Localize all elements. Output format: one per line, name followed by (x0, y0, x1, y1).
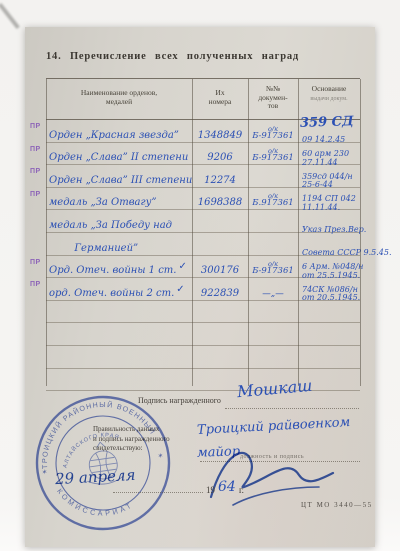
document-number-cell: о/к Б-917361 (249, 261, 297, 276)
pr-stamp-mark: ПР (30, 259, 41, 266)
handwritten-year: 64 (218, 479, 236, 495)
table-row: ПР Орден „Слава” III степени 12274 359сд… (46, 165, 360, 188)
award-name: Орден „Слава” III степени (49, 175, 191, 186)
table-body: ПР Орден „Красная звезда” 1348849 о/к Б-… (46, 120, 360, 391)
signature-line (225, 408, 359, 409)
document-number-cell: о/к Б-917361 (249, 126, 297, 141)
award-name: Орд. Отеч. войны 1 ст.✓ (49, 265, 191, 276)
table-row (46, 301, 360, 324)
award-name: медаль „За Отвагу” (49, 197, 191, 208)
year-suffix: г. (239, 485, 244, 495)
header-basis-subtext: выдачи докум. (298, 95, 360, 103)
document-number-cell: —„— (249, 290, 297, 299)
header-award-name: Наименование орденов, медалей (46, 79, 192, 119)
pr-stamp-mark: ПР (30, 191, 41, 198)
award-name (49, 333, 191, 344)
document-number-cell: о/к Б-917361 (249, 148, 297, 163)
table-row: ПР Орд. Отеч. войны 1 ст.✓ 300176 о/к Б-… (46, 256, 360, 279)
table-header: Наименование орденов, медалей Их номера … (46, 79, 360, 120)
table-row: медаль „За Победу над Указ През.Вер. (46, 210, 360, 233)
document-number-cell: о/к Б.917361 (249, 193, 297, 208)
doc-number: Б-917361 (249, 132, 297, 141)
table-gridline (46, 79, 47, 386)
check-mark-icon: ✓ (176, 284, 184, 295)
award-name: медаль „За Победу над (49, 220, 191, 231)
form-print-code: ЦТ МО 3440—55 (301, 501, 373, 509)
table-gridline (248, 79, 249, 386)
award-name (49, 310, 191, 321)
table-row: ПР медаль „За Отвагу” 1698388 о/к Б.9173… (46, 188, 360, 211)
round-official-stamp: ТРОИЦКИЙ РАЙОННЫЙ ВОЕННЫЙ КОМИССАРИАТ АЛ… (25, 385, 181, 541)
doc-number: Б-917361 (249, 267, 297, 276)
table-gridline (360, 79, 361, 386)
pr-stamp-mark: ПР (30, 281, 41, 288)
awards-table: Наименование орденов, медалей Их номера … (46, 78, 360, 391)
award-number: 9206 (193, 152, 247, 163)
table-row: ПР Орден „Слава” II степени 9206 о/к Б-9… (46, 143, 360, 166)
award-name: Орден „Красная звезда” (49, 130, 191, 141)
stamp-ring-text: ТРОИЦКИЙ РАЙОННЫЙ ВОЕННЫЙ (32, 392, 161, 470)
table-row: Германией” Совета СССР 9.5.45. (46, 233, 360, 256)
award-name (49, 356, 191, 367)
award-name: Германией” (49, 243, 191, 254)
stamp-star-right: ✶ (157, 452, 164, 461)
svg-text:ТРОИЦКИЙ РАЙОННЫЙ ВОЕННЫЙ: ТРОИЦКИЙ РАЙОННЫЙ ВОЕННЫЙ (32, 392, 161, 470)
doc-number: Б.917361 (249, 199, 297, 208)
pr-stamp-mark: ПР (30, 123, 41, 130)
award-number: 922839 (193, 288, 247, 299)
section-title: 14. Перечисление всех полученных наград (46, 51, 299, 62)
award-name: орд. Отеч. войны 2 ст.✓ (49, 288, 191, 299)
pr-stamp-mark: ПР (30, 146, 41, 153)
header-document: №№ докумен- тов (248, 79, 298, 119)
year-printed: 19 (206, 485, 215, 495)
stamp-star-left: ✶ (41, 468, 48, 477)
table-gridline (298, 79, 299, 386)
award-number: 1698388 (193, 197, 247, 208)
header-basis: Основание выдачи докум. 359 СД (298, 79, 360, 119)
date-line (113, 492, 203, 493)
award-number: 300176 (193, 265, 247, 276)
award-number: 12274 (193, 175, 247, 186)
scan-artifact (0, 3, 20, 29)
header-number: Их номера (192, 79, 248, 119)
check-mark-icon: ✓ (178, 261, 186, 272)
table-row: ПР орд. Отеч. войны 2 ст.✓ 922839 —„— 74… (46, 278, 360, 301)
table-row (46, 323, 360, 346)
award-number: 1348849 (193, 130, 247, 141)
table-row (46, 346, 360, 369)
pr-stamp-mark: ПР (30, 168, 41, 175)
doc-number: Б-917361 (249, 154, 297, 163)
table-gridline (192, 79, 193, 386)
doc-number: —„— (249, 290, 297, 299)
document-page: 14. Перечисление всех полученных наград … (25, 27, 375, 547)
table-row: ПР Орден „Красная звезда” 1348849 о/к Б-… (46, 120, 360, 143)
award-name: Орден „Слава” II степени (49, 152, 191, 163)
